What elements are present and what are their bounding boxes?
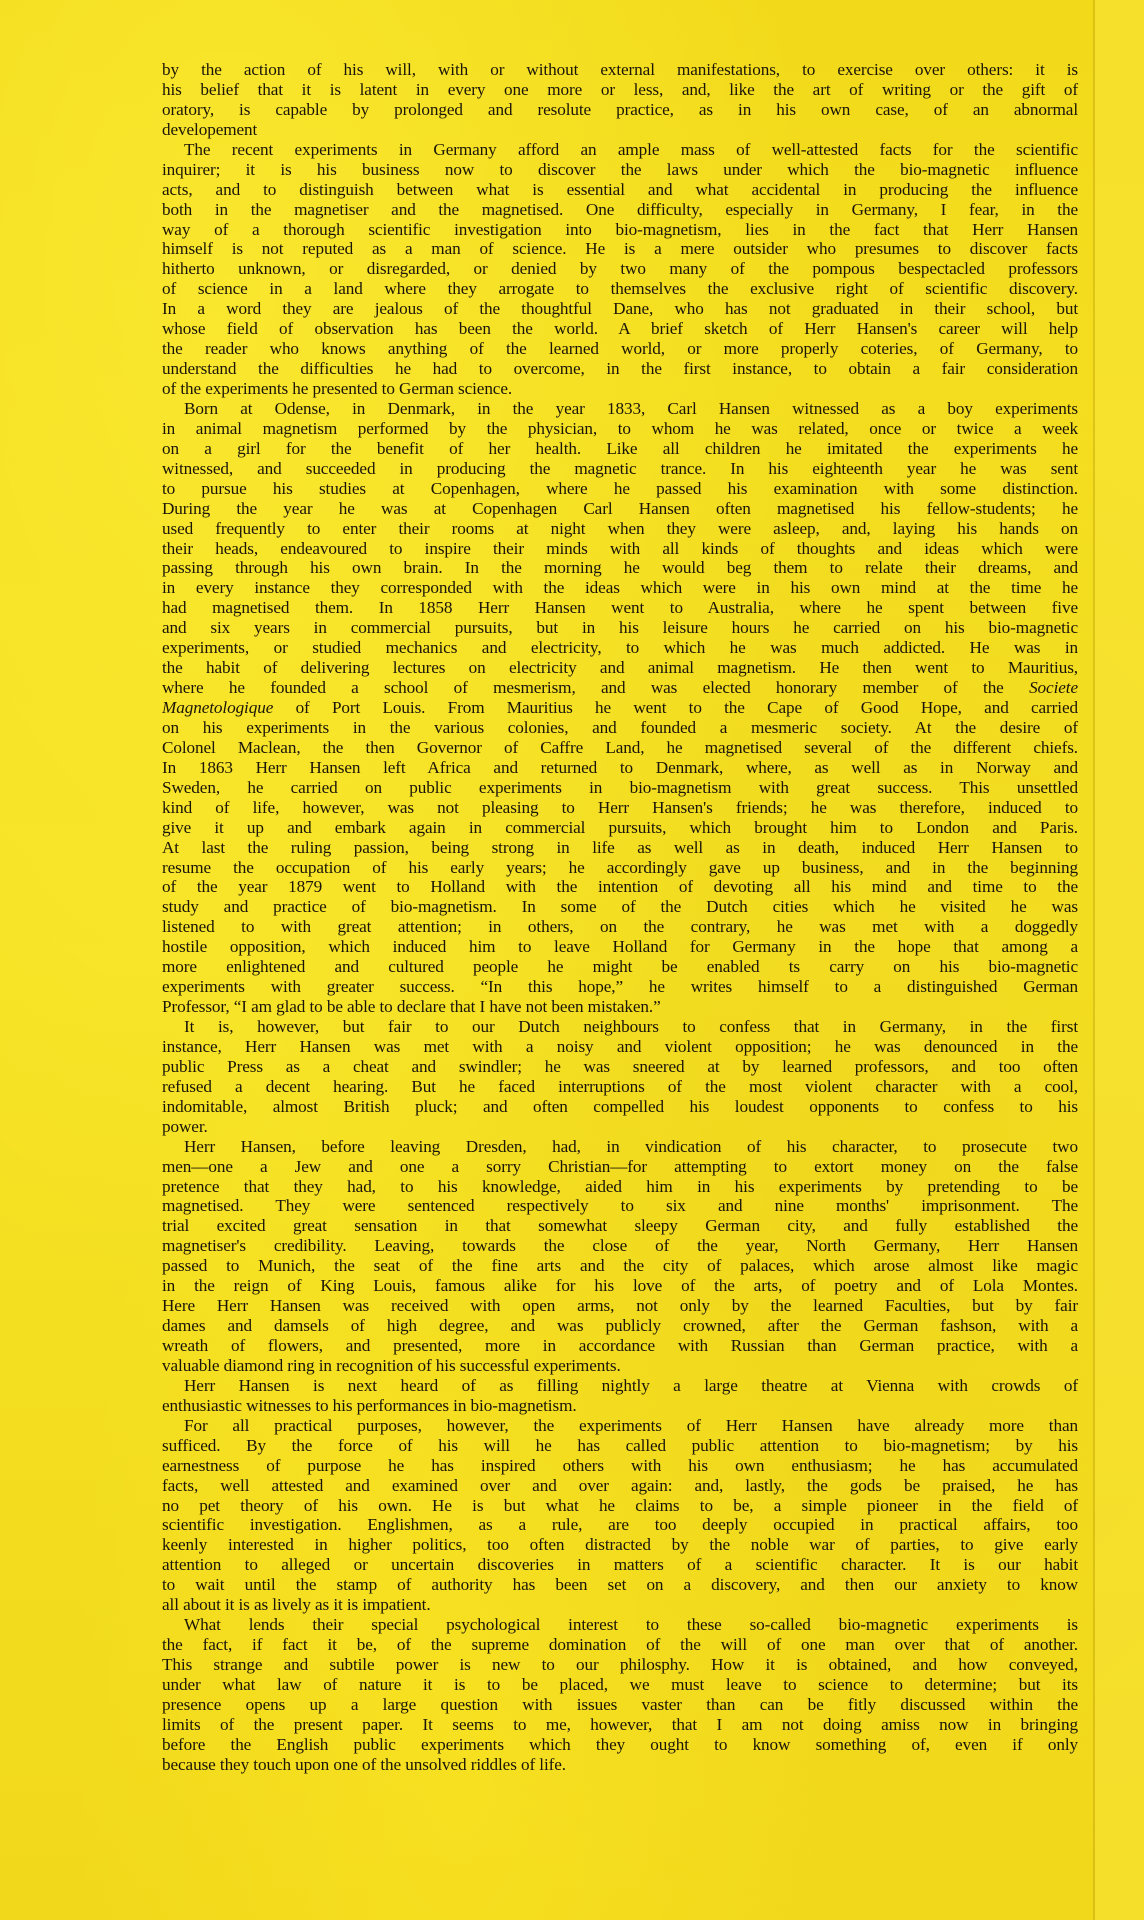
text-line: During the year he was at Copenhagen Car… xyxy=(162,499,1078,519)
text-line: facts, well attested and examined over a… xyxy=(162,1476,1078,1496)
text-line: their heads, endeavoured to inspire thei… xyxy=(162,539,1078,559)
text-line: magnetised. They were sentenced respecti… xyxy=(162,1196,1078,1216)
text-line: give it up and embark again in commercia… xyxy=(162,818,1078,838)
text-line: himself is not reputed as a man of scien… xyxy=(162,239,1078,259)
text-line: scientific investigation. Englishmen, as… xyxy=(162,1515,1078,1535)
text-line: before the English public experiments wh… xyxy=(162,1735,1078,1755)
text-line: enthusiastic witnesses to his performanc… xyxy=(162,1396,1078,1416)
text-line: used frequently to enter their rooms at … xyxy=(162,519,1078,539)
text-line: by the action of his will, with or witho… xyxy=(162,60,1078,80)
paragraph: The recent experiments in Germany afford… xyxy=(162,140,1078,399)
text-line: pretence that they had, to his knowledge… xyxy=(162,1177,1078,1197)
text-line: Professor, “I am glad to be able to decl… xyxy=(162,997,1078,1017)
text-line: under what law of nature it is to be pla… xyxy=(162,1675,1078,1695)
text-line: For all practical purposes, however, the… xyxy=(162,1416,1078,1436)
text-line: of the year 1879 went to Holland with th… xyxy=(162,877,1078,897)
text-line: refused a decent hearing. But he faced i… xyxy=(162,1077,1078,1097)
italic-term: Societe xyxy=(1029,678,1078,697)
text-line: and six years in commercial pursuits, bu… xyxy=(162,618,1078,638)
paragraph: What lends their special psychological i… xyxy=(162,1615,1078,1775)
text-line: trial excited great sensation in that so… xyxy=(162,1216,1078,1236)
text-line: where he founded a school of mesmerism, … xyxy=(162,678,1078,698)
text-line: attention to alleged or uncertain discov… xyxy=(162,1555,1078,1575)
text-line: hitherto unknown, or disregarded, or den… xyxy=(162,259,1078,279)
text-line: had magnetised them. In 1858 Herr Hansen… xyxy=(162,598,1078,618)
text-line: Magnetologique of Port Louis. From Mauri… xyxy=(162,698,1078,718)
text-line: experiments, or studied mechanics and el… xyxy=(162,638,1078,658)
paragraph: It is, however, but fair to our Dutch ne… xyxy=(162,1017,1078,1137)
text-line: presence opens up a large question with … xyxy=(162,1695,1078,1715)
text-line: whose field of observation has been the … xyxy=(162,319,1078,339)
text-line: Herr Hansen, before leaving Dresden, had… xyxy=(162,1137,1078,1157)
text-line: on a girl for the benefit of her health.… xyxy=(162,439,1078,459)
text-line: instance, Herr Hansen was met with a noi… xyxy=(162,1037,1078,1057)
paragraph: Born at Odense, in Denmark, in the year … xyxy=(162,399,1078,1017)
text-line: acts, and to distinguish between what is… xyxy=(162,180,1078,200)
text-line: of science in a land where they arrogate… xyxy=(162,279,1078,299)
text-line: of the experiments he presented to Germa… xyxy=(162,379,1078,399)
text-line: earnestness of purpose he has inspired o… xyxy=(162,1456,1078,1476)
text-line: Colonel Maclean, the then Governor of Ca… xyxy=(162,738,1078,758)
text-line: listened to with great attention; in oth… xyxy=(162,917,1078,937)
document-page: by the action of his will, with or witho… xyxy=(162,60,1078,1775)
text-line: developement xyxy=(162,120,1078,140)
text-line: Here Herr Hansen was received with open … xyxy=(162,1296,1078,1316)
text-line: dames and damsels of high degree, and wa… xyxy=(162,1316,1078,1336)
text-line: no pet theory of his own. He is but what… xyxy=(162,1496,1078,1516)
paragraph: Herr Hansen, before leaving Dresden, had… xyxy=(162,1137,1078,1376)
text-line: kind of life, however, was not pleasing … xyxy=(162,798,1078,818)
text-line: passing through his own brain. In the mo… xyxy=(162,558,1078,578)
text-line: Sweden, he carried on public experiments… xyxy=(162,778,1078,798)
text-line: Herr Hansen is next heard of as filling … xyxy=(162,1376,1078,1396)
text-line: keenly interested in higher politics, to… xyxy=(162,1535,1078,1555)
page-fold-line xyxy=(1093,0,1095,1920)
page-fold-margin xyxy=(1095,0,1144,1920)
text-line: In 1863 Herr Hansen left Africa and retu… xyxy=(162,758,1078,778)
text-line: limits of the present paper. It seems to… xyxy=(162,1715,1078,1735)
text-line: the reader who knows anything of the lea… xyxy=(162,339,1078,359)
text-line: oratory, is capable by prolonged and res… xyxy=(162,100,1078,120)
text-line: What lends their special psychological i… xyxy=(162,1615,1078,1635)
text-line: This strange and subtile power is new to… xyxy=(162,1655,1078,1675)
text-line: experiments with greater success. “In th… xyxy=(162,977,1078,997)
text-line: inquirer; it is his business now to disc… xyxy=(162,160,1078,180)
text-line: sufficed. By the force of his will he ha… xyxy=(162,1436,1078,1456)
text-line: the fact, if fact it be, of the supreme … xyxy=(162,1635,1078,1655)
text-line: on his experiments in the various coloni… xyxy=(162,718,1078,738)
italic-term: Magnetologique xyxy=(162,698,273,717)
text-line: way of a thorough scientific investigati… xyxy=(162,220,1078,240)
paragraph: by the action of his will, with or witho… xyxy=(162,60,1078,140)
text-line: resume the occupation of his early years… xyxy=(162,858,1078,878)
text-line: At last the ruling passion, being strong… xyxy=(162,838,1078,858)
text-line: men—one a Jew and one a sorry Christian—… xyxy=(162,1157,1078,1177)
text-line: both in the magnetiser and the magnetise… xyxy=(162,200,1078,220)
text-line: all about it is as lively as it is impat… xyxy=(162,1595,1078,1615)
text-line: The recent experiments in Germany afford… xyxy=(162,140,1078,160)
text-line: because they touch upon one of the unsol… xyxy=(162,1755,1078,1775)
text-line: study and practice of bio-magnetism. In … xyxy=(162,897,1078,917)
text-line: valuable diamond ring in recognition of … xyxy=(162,1356,1078,1376)
text-line: It is, however, but fair to our Dutch ne… xyxy=(162,1017,1078,1037)
text-line: Born at Odense, in Denmark, in the year … xyxy=(162,399,1078,419)
text-line: witnessed, and succeeded in producing th… xyxy=(162,459,1078,479)
text-line: the habit of delivering lectures on elec… xyxy=(162,658,1078,678)
text-line: hostile opposition, which induced him to… xyxy=(162,937,1078,957)
text-line: to pursue his studies at Copenhagen, whe… xyxy=(162,479,1078,499)
text-line: his belief that it is latent in every on… xyxy=(162,80,1078,100)
text-line: power. xyxy=(162,1117,1078,1137)
text-line: in the reign of King Louis, famous alike… xyxy=(162,1276,1078,1296)
text-line: to wait until the stamp of authority has… xyxy=(162,1575,1078,1595)
text-line: In a word they are jealous of the though… xyxy=(162,299,1078,319)
text-line: in every instance they corresponded with… xyxy=(162,578,1078,598)
text-line: more enlightened and cultured people he … xyxy=(162,957,1078,977)
paragraph: For all practical purposes, however, the… xyxy=(162,1416,1078,1615)
text-line: indomitable, almost British pluck; and o… xyxy=(162,1097,1078,1117)
paragraph: Herr Hansen is next heard of as filling … xyxy=(162,1376,1078,1416)
text-line: in animal magnetism performed by the phy… xyxy=(162,419,1078,439)
text-line: wreath of flowers, and presented, more i… xyxy=(162,1336,1078,1356)
text-line: public Press as a cheat and swindler; he… xyxy=(162,1057,1078,1077)
text-line: understand the difficulties he had to ov… xyxy=(162,359,1078,379)
text-line: passed to Munich, the seat of the fine a… xyxy=(162,1256,1078,1276)
text-line: magnetiser's credibility. Leaving, towar… xyxy=(162,1236,1078,1256)
